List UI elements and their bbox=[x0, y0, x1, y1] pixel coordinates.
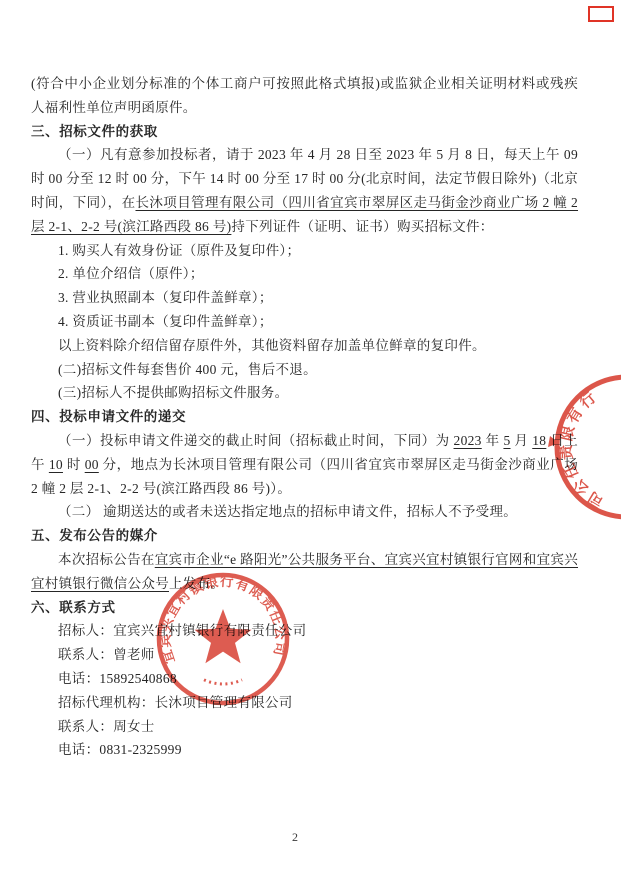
text-run: 六、联系方式 bbox=[31, 600, 116, 615]
document-body: (符合中小企业划分标准的个体工商户可按照此格式填报)或监狱企业相关证明材料或残疾… bbox=[31, 72, 578, 762]
paragraph: (二)招标文件每套售价 400 元，售后不退。 bbox=[31, 358, 578, 382]
edge-round-stamp-icon: 行有限责任公司 bbox=[530, 350, 621, 550]
document-page: (符合中小企业划分标准的个体工商户可按照此格式填报)或监狱企业相关证明材料或残疾… bbox=[0, 0, 621, 869]
paragraph: 招标人：宜宾兴宜村镇银行有限责任公司 bbox=[31, 619, 578, 643]
paragraph: 3. 营业执照副本（复印件盖鲜章）； bbox=[31, 286, 578, 310]
paragraph: 以上资料除介绍信留存原件外，其他资料留存加盖单位鲜章的复印件。 bbox=[31, 334, 578, 358]
paragraph: 4. 资质证书副本（复印件盖鲜章）； bbox=[31, 310, 578, 334]
underlined-text: 10 bbox=[49, 457, 63, 472]
paragraph: (符合中小企业划分标准的个体工商户可按照此格式填报)或监狱企业相关证明材料或残疾… bbox=[31, 72, 578, 120]
corner-red-box bbox=[588, 6, 614, 22]
paragraph: 联系人：曾老师 bbox=[31, 643, 578, 667]
paragraph: 电话：0831-2325999 bbox=[31, 738, 578, 762]
seal-bottom-marks bbox=[204, 680, 242, 684]
text-run: 以上资料除介绍信留存原件外，其他资料留存加盖单位鲜章的复印件。 bbox=[58, 338, 486, 353]
text-run: 2. 单位介绍信（原件）； bbox=[58, 266, 204, 281]
bank-round-stamp-icon: 宜宾兴宜村镇银行有限责任公司 bbox=[153, 569, 293, 709]
text-run: 电话：0831-2325999 bbox=[58, 742, 182, 757]
edge-seal-char: 责 bbox=[558, 443, 576, 460]
text-run: （二） 逾期送达的或者未送达指定地点的招标申请文件，招标人不予受理。 bbox=[58, 504, 517, 519]
text-run: 4. 资质证书副本（复印件盖鲜章）； bbox=[58, 314, 273, 329]
text-run: (三)招标人不提供邮购招标文件服务。 bbox=[58, 385, 288, 400]
page-number: 2 bbox=[0, 830, 590, 845]
underlined-text: 00 bbox=[85, 457, 99, 472]
section-heading: 三、招标文件的获取 bbox=[31, 120, 578, 144]
text-run: 3. 营业执照副本（复印件盖鲜章）； bbox=[58, 290, 273, 305]
paragraph: （二） 逾期送达的或者未送达指定地点的招标申请文件，招标人不予受理。 bbox=[31, 500, 578, 524]
paragraph: 1. 购买人有效身份证（原件及复印件）； bbox=[31, 239, 578, 263]
paragraph: 2. 单位介绍信（原件）； bbox=[31, 262, 578, 286]
text-run: 分，地点为长沐项目管理有限公司（四川省宜宾市翠屏区走马街金沙商业广场 2 幢 2… bbox=[31, 457, 578, 496]
text-run: 月 bbox=[511, 433, 533, 448]
paragraph: （一）凡有意参加投标者，请于 2023 年 4 月 28 日至 2023 年 5… bbox=[31, 143, 578, 238]
section-heading: 五、发布公告的媒介 bbox=[31, 524, 578, 548]
text-run: 三、招标文件的获取 bbox=[31, 124, 158, 139]
text-run: 本次招标公告在 bbox=[58, 552, 155, 567]
text-run: (符合中小企业划分标准的个体工商户可按照此格式填报)或监狱企业相关证明材料或残疾… bbox=[31, 76, 578, 115]
text-run: 联系人：曾老师 bbox=[58, 647, 155, 662]
text-run: （一）投标申请文件递交的截止时间（招标截止时间，下同）为 bbox=[58, 433, 454, 448]
paragraph: 招标代理机构：长沐项目管理有限公司 bbox=[31, 691, 578, 715]
text-run: 五、发布公告的媒介 bbox=[31, 528, 158, 543]
paragraph: (三)招标人不提供邮购招标文件服务。 bbox=[31, 381, 578, 405]
text-run: 1. 购买人有效身份证（原件及复印件）； bbox=[58, 243, 300, 258]
section-heading: 四、投标申请文件的递交 bbox=[31, 405, 578, 429]
underlined-text: 2023 bbox=[454, 433, 482, 448]
text-run: (二)招标文件每套售价 400 元，售后不退。 bbox=[58, 362, 317, 377]
underlined-text: 5 bbox=[503, 433, 510, 448]
paragraph: 联系人：周女士 bbox=[31, 715, 578, 739]
text-run: 时 bbox=[63, 457, 85, 472]
seal-star-icon bbox=[195, 609, 252, 663]
text-run: 四、投标申请文件的递交 bbox=[31, 409, 186, 424]
text-run: 年 bbox=[482, 433, 504, 448]
paragraph: （一）投标申请文件递交的截止时间（招标截止时间，下同）为 2023 年 5 月 … bbox=[31, 429, 578, 500]
paragraph: 本次招标公告在宜宾市企业“e 路阳光”公共服务平台、宜宾兴宜村镇银行官网和宜宾兴… bbox=[31, 548, 578, 596]
text-run: 联系人：周女士 bbox=[58, 719, 155, 734]
paragraph: 电话：15892540868 bbox=[31, 667, 578, 691]
edge-seal-chars: 行有限责任公司 bbox=[557, 389, 607, 511]
text-run: 持下列证件（证明、证书）购买招标文件： bbox=[231, 219, 493, 234]
section-heading: 六、联系方式 bbox=[31, 596, 578, 620]
